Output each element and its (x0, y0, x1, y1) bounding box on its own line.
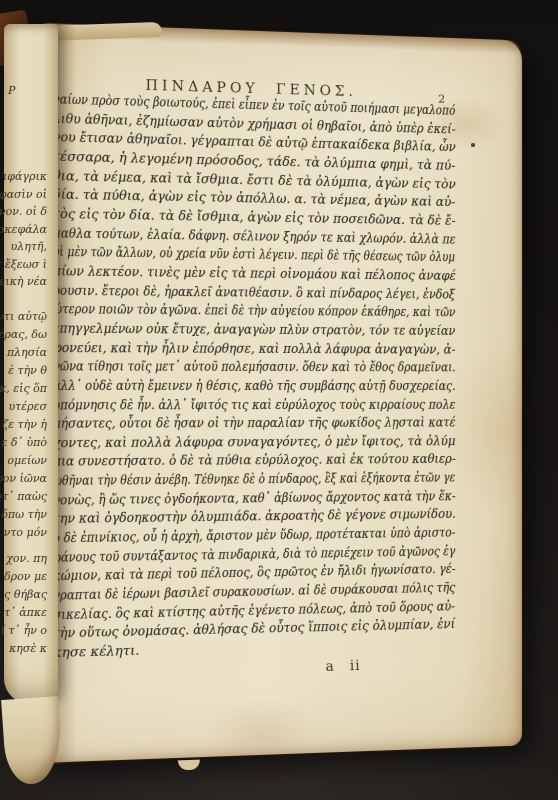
book-photo: ΠΙΝΔΑΡΟΥ ΓΕΝΟΣ. 2 ναίων πρὸσ τοὺς βοιωτο… (0, 0, 558, 800)
text-line: ἀλλ᾽ οὐδὲ αὐτὴ ἔμεινεν ἡ θέσις, καθὸ τῆς… (53, 377, 456, 396)
facing-page-fragment: ντι αὐτῷ (0, 310, 47, 323)
paper-notch (178, 760, 200, 771)
facing-page-fragment: κησὲ κ (9, 642, 47, 655)
facing-page-fragment: Ρ (8, 84, 15, 97)
facing-page-fragment: έρας, δω (0, 328, 47, 341)
facing-page-text-fragments: Ριφάγρικφασὶν οἱλινον. οἱ δοκεφάλαυλητῆ,… (0, 0, 50, 800)
book-page: ΠΙΝΔΑΡΟΥ ΓΕΝΟΣ. 2 ναίων πρὸσ τοὺς βοιωτο… (38, 23, 522, 763)
facing-page-fragment: κ, εἰς ὅπ (0, 382, 47, 395)
facing-page-fragment: ομείων (7, 454, 47, 467)
facing-page-fragment: υλητῆ, (11, 240, 47, 253)
facing-page-fragment: ζε τὴν ἡ (2, 418, 47, 431)
facing-page-fragment: ών τ᾽ ἀπκε (0, 606, 47, 619)
text-line: γῶνα τίθησι τοῖς μετ᾽ αὐτοῦ πολεμήσασιν.… (53, 358, 456, 378)
facing-page-fragment: δρον με (4, 570, 47, 583)
facing-page-fragment: ε δ᾽ ὑπὸ (1, 436, 47, 449)
ink-speck (471, 143, 475, 147)
signature-mark: a ii (304, 657, 382, 675)
facing-page-fragment: χον. πη (6, 552, 47, 565)
facing-page-fragment: ιφάγρικ (3, 170, 47, 183)
text-line: ὑπόμνησις δὲ ἦν. ἀλλ᾽ ἴφιτός τις καὶ εὐρ… (53, 396, 455, 415)
text-line: φονεύει, καὶ τὴν ἦλιν ἐπόρθησε, καὶ πολλ… (53, 339, 456, 359)
facing-page-fragment: λινον. οἱ δ (0, 205, 47, 218)
text-line: ἐπηγγελμένων οὐκ ἔτυχε, ἀναγαγὼν πλὺν στ… (53, 320, 455, 341)
facing-page-fragment: ν ἀντ᾽ παὼς (0, 490, 47, 503)
facing-page-fragment: εικὴ νέα (0, 275, 47, 288)
facing-page-fragment: ὶ ὅπω τὴν (0, 508, 47, 521)
facing-page-fragment: ς θήβας (4, 588, 47, 601)
facing-page-fragment: φασὶν οἱ (0, 188, 47, 201)
facing-page-fragment: πλησία (7, 346, 47, 359)
text-line: μήσαντες, οὗτοι δὲ ἦσαν οἱ τὴν παραλίαν … (53, 415, 456, 435)
page-body-text: ναίων πρὸσ τοὺς βοιωτούς, ἐπεὶ εἶπεν ἐν … (53, 91, 455, 664)
facing-page-fragment: ναί τ᾽ ἦν ο (0, 624, 47, 637)
facing-page-fragment: ντο μόν (4, 526, 47, 539)
facing-page-fragment: ὲ τὴν θ (8, 364, 47, 377)
facing-page-fragment: σ ἔξεωσ ὶ (0, 258, 47, 271)
facing-page-fragment: αρον ἰῶνα (0, 472, 47, 485)
facing-page-fragment: οκεφάλα (0, 223, 47, 236)
facing-page-fragment: υτέρεσ (8, 400, 47, 413)
text-line: χοντες, καὶ πολλὰ λάφυρα συναγαγόντες, ὁ… (53, 433, 456, 454)
